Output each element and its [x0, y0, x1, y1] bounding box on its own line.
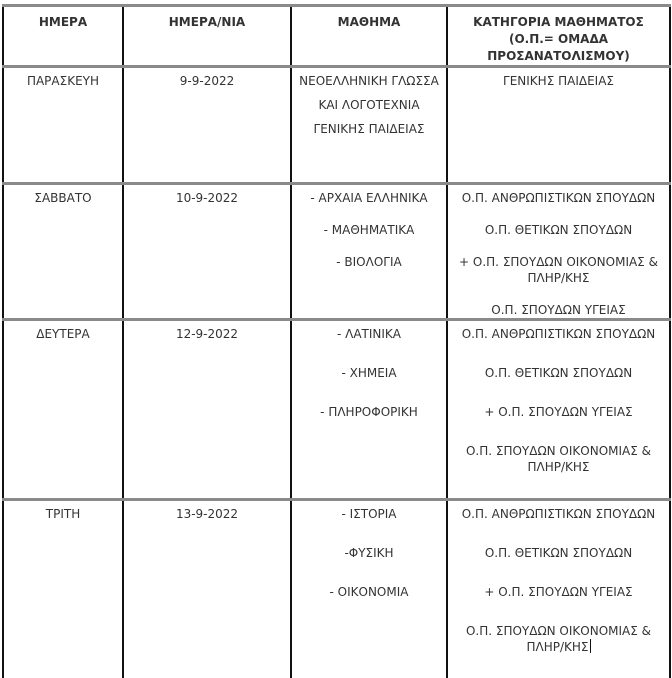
- category-item: Ο.Π. ΘΕΤΙΚΩΝ ΣΠΟΥΔΩΝ: [448, 365, 669, 381]
- category-item: + Ο.Π. ΣΠΟΥΔΩΝ ΥΓΕΙΑΣ: [448, 584, 669, 600]
- subject-item: ΝΕΟΕΛΛΗΝΙΚΗ ΓΛΩΣΣΑ: [292, 73, 446, 89]
- cell-categories: Ο.Π. ΑΝΘΡΩΠΙΣΤΙΚΩΝ ΣΠΟΥΔΩΝ Ο.Π. ΘΕΤΙΚΩΝ …: [447, 184, 670, 320]
- table-row: ΔΕΥΤΕΡΑ 12-9-2022 - ΛΑΤΙΝΙΚΑ - ΧΗΜΕΙΑ - …: [3, 320, 670, 500]
- category-item: Ο.Π. ΘΕΤΙΚΩΝ ΣΠΟΥΔΩΝ: [448, 545, 669, 561]
- cell-categories: ΓΕΝΙΚΗΣ ΠΑΙΔΕΙΑΣ: [447, 67, 670, 184]
- subject-item: ΓΕΝΙΚΗΣ ΠΑΙΔΕΙΑΣ: [292, 121, 446, 137]
- subject-item: - ΑΡΧΑΙΑ ΕΛΛΗΝΙΚΑ: [292, 190, 446, 206]
- cell-day: ΔΕΥΤΕΡΑ: [3, 320, 123, 500]
- cell-date: 10-9-2022: [123, 184, 291, 320]
- text-cursor-icon: [590, 639, 591, 653]
- category-item: + Ο.Π. ΣΠΟΥΔΩΝ ΥΓΕΙΑΣ: [448, 404, 669, 420]
- category-item-with-caret: Ο.Π. ΣΠΟΥΔΩΝ ΟΙΚΟΝΟΜΙΑΣ & ΠΛΗΡ/ΚΗΣ: [448, 623, 669, 655]
- cell-day: ΣΑΒΒΑΤΟ: [3, 184, 123, 320]
- cell-day: ΠΑΡΑΣΚΕΥΗ: [3, 67, 123, 184]
- header-day: ΗΜΕΡΑ: [3, 6, 123, 67]
- cell-subjects: - ΛΑΤΙΝΙΚΑ - ΧΗΜΕΙΑ - ΠΛΗΡΟΦΟΡΙΚΗ: [291, 320, 447, 500]
- header-date: ΗΜΕΡΑ/ΝΙΑ: [123, 6, 291, 67]
- cell-date: 9-9-2022: [123, 67, 291, 184]
- subject-item: - ΟΙΚΟΝΟΜΙΑ: [292, 584, 446, 600]
- subject-item: - ΧΗΜΕΙΑ: [292, 365, 446, 381]
- table-row: ΤΡΙΤΗ 13-9-2022 - ΙΣΤΟΡΙΑ -ΦΥΣΙΚΗ - ΟΙΚΟ…: [3, 500, 670, 678]
- category-item: Ο.Π. ΣΠΟΥΔΩΝ ΟΙΚΟΝΟΜΙΑΣ & ΠΛΗΡ/ΚΗΣ: [448, 443, 669, 475]
- cell-categories: Ο.Π. ΑΝΘΡΩΠΙΣΤΙΚΩΝ ΣΠΟΥΔΩΝ Ο.Π. ΘΕΤΙΚΩΝ …: [447, 320, 670, 500]
- cell-date: 13-9-2022: [123, 500, 291, 678]
- cell-categories[interactable]: Ο.Π. ΑΝΘΡΩΠΙΣΤΙΚΩΝ ΣΠΟΥΔΩΝ Ο.Π. ΘΕΤΙΚΩΝ …: [447, 500, 670, 678]
- subject-item: - ΙΣΤΟΡΙΑ: [292, 506, 446, 522]
- cell-date: 12-9-2022: [123, 320, 291, 500]
- cell-subjects: - ΑΡΧΑΙΑ ΕΛΛΗΝΙΚΑ - ΜΑΘΗΜΑΤΙΚΑ - ΒΙΟΛΟΓΙ…: [291, 184, 447, 320]
- header-category-line1: ΚΑΤΗΓΟΡΙΑ ΜΑΘΗΜΑΤΟΣ: [448, 14, 669, 31]
- table-row: ΠΑΡΑΣΚΕΥΗ 9-9-2022 ΝΕΟΕΛΛΗΝΙΚΗ ΓΛΩΣΣΑ ΚΑ…: [3, 67, 670, 184]
- category-item: Ο.Π. ΑΝΘΡΩΠΙΣΤΙΚΩΝ ΣΠΟΥΔΩΝ: [448, 326, 669, 342]
- subject-item: - ΒΙΟΛΟΓΙΑ: [292, 254, 446, 270]
- header-category-line3: ΠΡΟΣΑΝΑΤΟΛΙΣΜΟΥ): [448, 48, 669, 65]
- header-category: ΚΑΤΗΓΟΡΙΑ ΜΑΘΗΜΑΤΟΣ (Ο.Π.= ΟΜΑΔΑ ΠΡΟΣΑΝΑ…: [447, 6, 670, 67]
- subject-item: -ΦΥΣΙΚΗ: [292, 545, 446, 561]
- category-item: Ο.Π. ΣΠΟΥΔΩΝ ΥΓΕΙΑΣ: [448, 302, 669, 318]
- cell-day: ΤΡΙΤΗ: [3, 500, 123, 678]
- subject-item: - ΛΑΤΙΝΙΚΑ: [292, 326, 446, 342]
- cell-subjects: ΝΕΟΕΛΛΗΝΙΚΗ ΓΛΩΣΣΑ ΚΑΙ ΛΟΓΟΤΕΧΝΙΑ ΓΕΝΙΚΗ…: [291, 67, 447, 184]
- subject-item: ΚΑΙ ΛΟΓΟΤΕΧΝΙΑ: [292, 97, 446, 113]
- category-item: Ο.Π. ΑΝΘΡΩΠΙΣΤΙΚΩΝ ΣΠΟΥΔΩΝ: [448, 506, 669, 522]
- category-item: + Ο.Π. ΣΠΟΥΔΩΝ ΟΙΚΟΝΟΜΙΑΣ & ΠΛΗΡ/ΚΗΣ: [448, 254, 669, 286]
- cell-subjects: - ΙΣΤΟΡΙΑ -ΦΥΣΙΚΗ - ΟΙΚΟΝΟΜΙΑ: [291, 500, 447, 678]
- category-item: ΓΕΝΙΚΗΣ ΠΑΙΔΕΙΑΣ: [448, 73, 669, 89]
- category-item: Ο.Π. ΑΝΘΡΩΠΙΣΤΙΚΩΝ ΣΠΟΥΔΩΝ: [448, 190, 669, 206]
- header-row: ΗΜΕΡΑ ΗΜΕΡΑ/ΝΙΑ ΜΑΘΗΜΑ ΚΑΤΗΓΟΡΙΑ ΜΑΘΗΜΑΤ…: [3, 6, 670, 67]
- category-item-text: Ο.Π. ΣΠΟΥΔΩΝ ΟΙΚΟΝΟΜΙΑΣ & ΠΛΗΡ/ΚΗΣ: [466, 624, 651, 654]
- subject-item: - ΠΛΗΡΟΦΟΡΙΚΗ: [292, 404, 446, 420]
- table-row: ΣΑΒΒΑΤΟ 10-9-2022 - ΑΡΧΑΙΑ ΕΛΛΗΝΙΚΑ - ΜΑ…: [3, 184, 670, 320]
- header-category-line2: (Ο.Π.= ΟΜΑΔΑ: [448, 31, 669, 48]
- category-item: Ο.Π. ΘΕΤΙΚΩΝ ΣΠΟΥΔΩΝ: [448, 222, 669, 238]
- subject-item: - ΜΑΘΗΜΑΤΙΚΑ: [292, 222, 446, 238]
- header-subject: ΜΑΘΗΜΑ: [291, 6, 447, 67]
- exam-schedule-table: ΗΜΕΡΑ ΗΜΕΡΑ/ΝΙΑ ΜΑΘΗΜΑ ΚΑΤΗΓΟΡΙΑ ΜΑΘΗΜΑΤ…: [2, 4, 671, 678]
